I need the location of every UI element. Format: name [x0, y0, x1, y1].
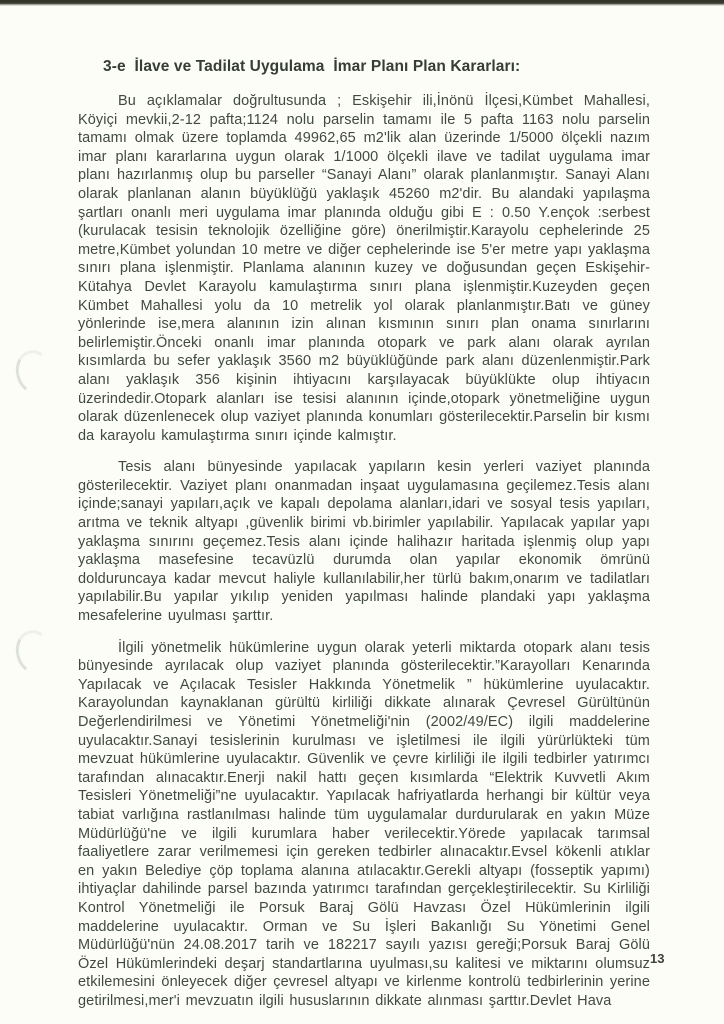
- binding-mark-bottom: [12, 627, 56, 678]
- document-page: 3-e İlave ve Tadilat Uygulama İmar Planı…: [0, 0, 724, 1024]
- document-body: 3-e İlave ve Tadilat Uygulama İmar Planı…: [78, 58, 650, 1024]
- page-number: 13: [650, 951, 664, 966]
- body-paragraph-1: Bu açıklamalar doğrultusunda ; Eskişehir…: [78, 92, 650, 445]
- scan-artifact-top-bar: [0, 0, 724, 6]
- section-heading: 3-e İlave ve Tadilat Uygulama İmar Planı…: [103, 58, 650, 76]
- body-paragraph-2: Tesis alanı bünyesinde yapılacak yapılar…: [78, 458, 650, 625]
- body-paragraph-3: İlgili yönetmelik hükümlerine uygun olar…: [78, 639, 650, 1011]
- binding-mark-top: [12, 347, 56, 398]
